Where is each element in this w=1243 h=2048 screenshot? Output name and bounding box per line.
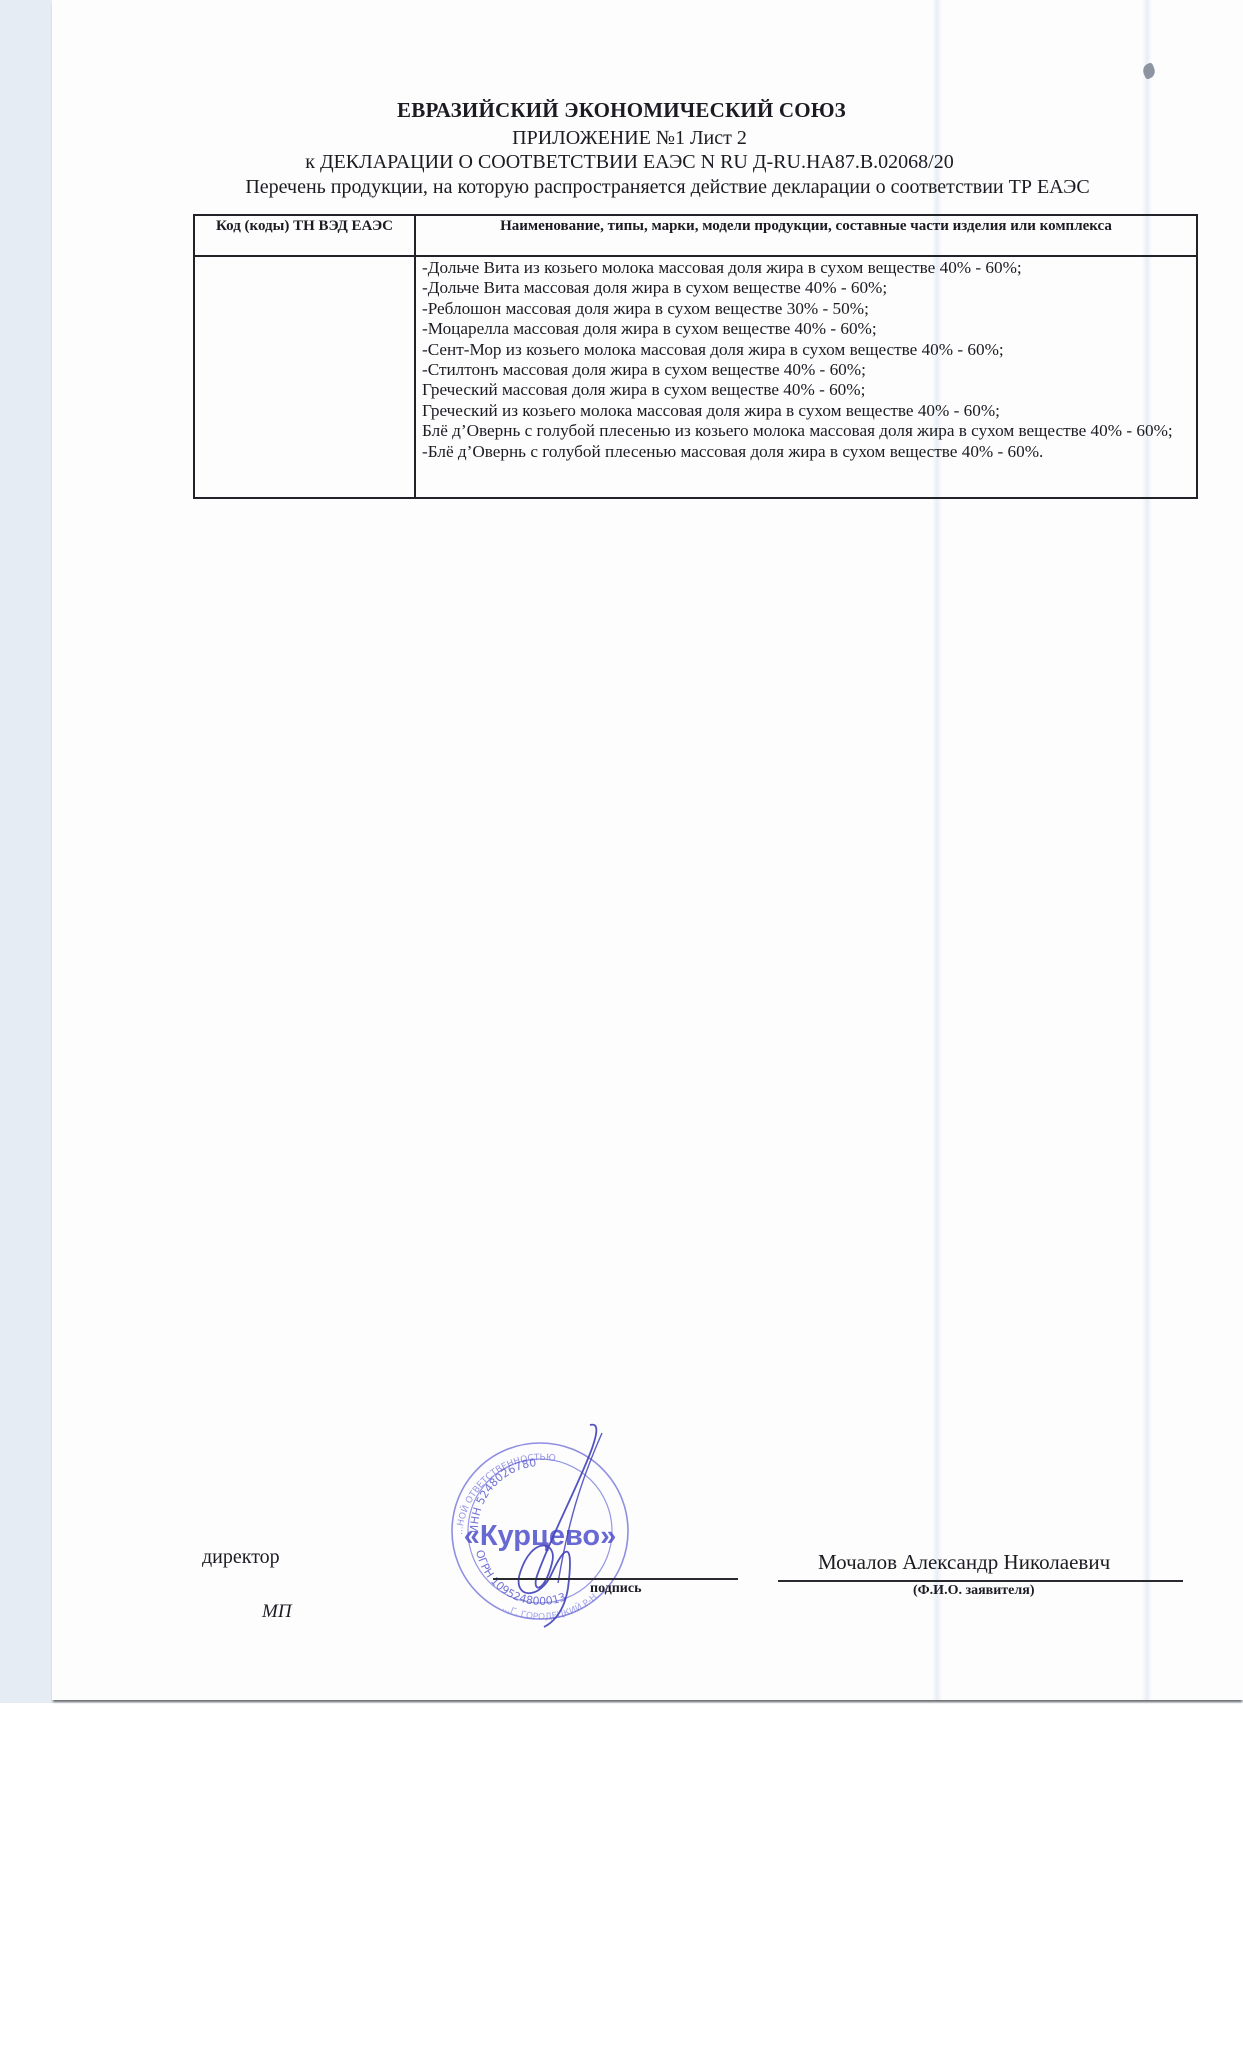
product-item: -Сент-Мор из козьего молока массовая дол… [422, 340, 1190, 360]
name-line [778, 1580, 1183, 1582]
product-item: -Реблошон массовая доля жира в сухом вещ… [422, 299, 1190, 319]
column-header-code: Код (коды) ТН ВЭД ЕАЭС [194, 215, 415, 256]
union-title: ЕВРАЗИЙСКИЙ ЭКОНОМИЧЕСКИЙ СОЮЗ [0, 98, 1243, 123]
company-stamp-icon: ...НОЙ ОТВЕТСТВЕННОСТЬЮ ИНН 5248026780 О… [440, 1423, 640, 1628]
table-header-row: Код (коды) ТН ВЭД ЕАЭС Наименование, тип… [194, 215, 1197, 256]
annex-label: ПРИЛОЖЕНИЕ №1 Лист 2 [8, 127, 1243, 150]
product-item: Греческий массовая доля жира в сухом вещ… [422, 380, 1190, 400]
product-item: -Стилтонъ массовая доля жира в сухом вещ… [422, 360, 1190, 380]
applicant-name-caption: (Ф.И.О. заявителя) [913, 1583, 1034, 1599]
product-item: -Моцарелла массовая доля жира в сухом ве… [422, 319, 1190, 339]
product-item: -Дольче Вита массовая доля жира в сухом … [422, 278, 1190, 298]
product-item: Блё д’Овернь с голубой плесенью из козье… [422, 421, 1190, 441]
signer-role: директор [202, 1546, 280, 1569]
products-table: Код (коды) ТН ВЭД ЕАЭС Наименование, тип… [193, 214, 1198, 499]
stamp-company-name: «Курцево» [464, 1520, 617, 1552]
product-item: Греческий из козьего молока массовая дол… [422, 401, 1190, 421]
signature-line [493, 1578, 738, 1580]
products-cell: -Дольче Вита из козьего молока массовая … [415, 256, 1197, 498]
product-item: -Дольче Вита из козьего молока массовая … [422, 258, 1190, 278]
column-header-name: Наименование, типы, марки, модели продук… [415, 215, 1197, 256]
applicant-full-name: Мочалов Александр Николаевич [818, 1550, 1110, 1575]
product-item: -Блё д’Овернь с голубой плесенью массова… [422, 442, 1190, 462]
signature-caption: подпись [590, 1581, 642, 1597]
declaration-reference: к ДЕКЛАРАЦИИ О СООТВЕТСТВИИ ЕАЭС N RU Д-… [8, 151, 1243, 174]
seal-place-label: МП [262, 1601, 292, 1623]
table-row: -Дольче Вита из козьего молока массовая … [194, 256, 1197, 498]
product-list-subtitle: Перечень продукции, на которую распростр… [46, 176, 1243, 199]
code-cell [194, 256, 415, 498]
